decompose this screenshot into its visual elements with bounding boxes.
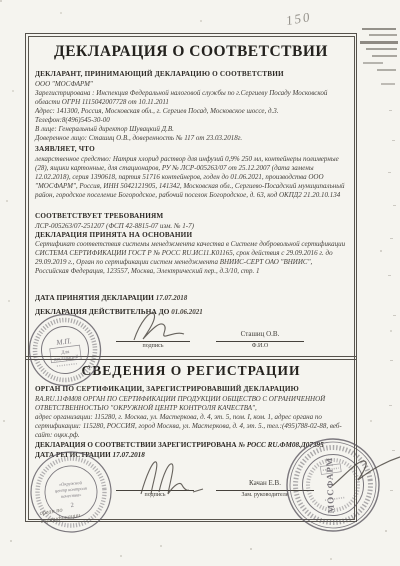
document-border: ДЕКЛАРАЦИЯ О СООТВЕТСТВИИ ДЕКЛАРАНТ, ПРИ… <box>25 33 357 522</box>
declarant-round-seal: М.П. Для деклараций <box>24 309 106 391</box>
copy-artifact <box>393 205 396 206</box>
scanned-declaration-document: 150 ДЕКЛАРАЦИЯ О СООТВЕТСТВИИ ДЕКЛАРАНТ,… <box>0 0 400 566</box>
declarant-registration: Зарегистрирована : Инспекция Федеральной… <box>35 89 347 107</box>
declarant-phone: Телефон:8(496)545-30-00 <box>35 116 347 125</box>
requirements-text: ЛСР-005263/07-251207 (ФСП 42-8815-07 изм… <box>35 222 347 231</box>
declarant-representative: В лице: Генеральный директор Шувацкий Д.… <box>35 125 347 134</box>
copy-artifact <box>389 405 392 406</box>
copy-artifact <box>388 172 391 173</box>
manufacturer-signature <box>326 448 400 499</box>
copy-artifact <box>360 41 398 44</box>
cert-seal-line3: качества» <box>61 492 82 499</box>
declarant-address: Адрес: 141300, Россия, Московская обл., … <box>35 107 347 116</box>
declarant-section: ДЕКЛАРАНТ, ПРИНИМАЮЩИЙ ДЕКЛАРАЦИЮ О СООТ… <box>35 70 347 143</box>
seal-mp-text: М.П. <box>55 336 73 347</box>
copy-artifact <box>389 110 392 111</box>
statement-section: ЗАЯВЛЯЕТ, ЧТО лекарственное средство: На… <box>35 145 347 200</box>
requirements-heading: СООТВЕТСТВУЕТ ТРЕБОВАНИЯМ <box>35 212 347 222</box>
copy-artifact <box>390 238 393 239</box>
basis-text: Сертификат соответствия системы менеджме… <box>35 240 347 276</box>
copy-artifact <box>363 62 383 64</box>
copy-artifact <box>393 315 396 316</box>
certification-body-seal: «Окружной центр контроля качества» 2 <box>25 446 116 537</box>
copy-artifact <box>390 360 393 361</box>
declarant-heading: ДЕКЛАРАНТ, ПРИНИМАЮЩИЙ ДЕКЛАРАЦИЮ О СООТ… <box>35 70 347 80</box>
copy-artifact <box>377 69 396 71</box>
authority-heading: ОРГАН ПО СЕРТИФИКАЦИИ, ЗАРЕГИСТРИРОВАВШИ… <box>35 385 347 395</box>
basis-heading: ДЕКЛАРАЦИЯ ПРИНЯТА НА ОСНОВАНИИ <box>35 231 347 241</box>
signer-name: Сташиц О.В. <box>216 330 304 338</box>
copy-artifact <box>392 140 395 141</box>
requirements-section: СООТВЕТСТВУЕТ ТРЕБОВАНИЯМ ЛСР-005263/07-… <box>35 212 347 276</box>
registered-label: ДЕКЛАРАЦИЯ О СООТВЕТСТВИИ ЗАРЕГИСТРИРОВА… <box>35 441 237 449</box>
date-adopted-line: ДАТА ПРИНЯТИЯ ДЕКЛАРАЦИИ 17.07.2018 <box>35 291 347 305</box>
seal-purpose-2: деклараций <box>54 355 79 363</box>
declarant-company: ООО "МОСФАРМ" <box>35 80 347 89</box>
copy-artifact <box>372 55 397 57</box>
document-title: ДЕКЛАРАЦИЯ О СООТВЕТСТВИИ <box>26 43 356 61</box>
copy-artifact <box>369 34 397 36</box>
copy-artifact <box>388 275 391 276</box>
declarant-signature <box>126 306 188 351</box>
photocopy-noise <box>0 0 2 2</box>
date-adopted-label: ДАТА ПРИНЯТИЯ ДЕКЛАРАЦИИ <box>35 293 154 302</box>
statement-text: лекарственное средство: Натрия хлорид ра… <box>35 155 347 200</box>
authority-address: адрес организации: 115280, г. Москва, ул… <box>35 413 347 440</box>
registrar-signature <box>129 454 207 507</box>
declarant-attorney: Доверенное лицо: Сташиц О.В., довереннос… <box>35 134 347 143</box>
authority-text: RA.RU.11ФМ08 ОРГАН ПО СЕРТИФИКАЦИИ ПРОДУ… <box>35 395 347 413</box>
signature-rule <box>216 341 304 342</box>
handwritten-number: 150 <box>285 9 313 29</box>
copy-artifact <box>366 48 397 50</box>
date-adopted-value: 17.07.2018 <box>156 294 188 302</box>
copy-artifact <box>362 28 396 30</box>
signer-name-caption: Ф.И.О <box>216 343 304 349</box>
copy-artifact <box>381 83 395 85</box>
statement-heading: ЗАЯВЛЯЕТ, ЧТО <box>35 145 347 155</box>
